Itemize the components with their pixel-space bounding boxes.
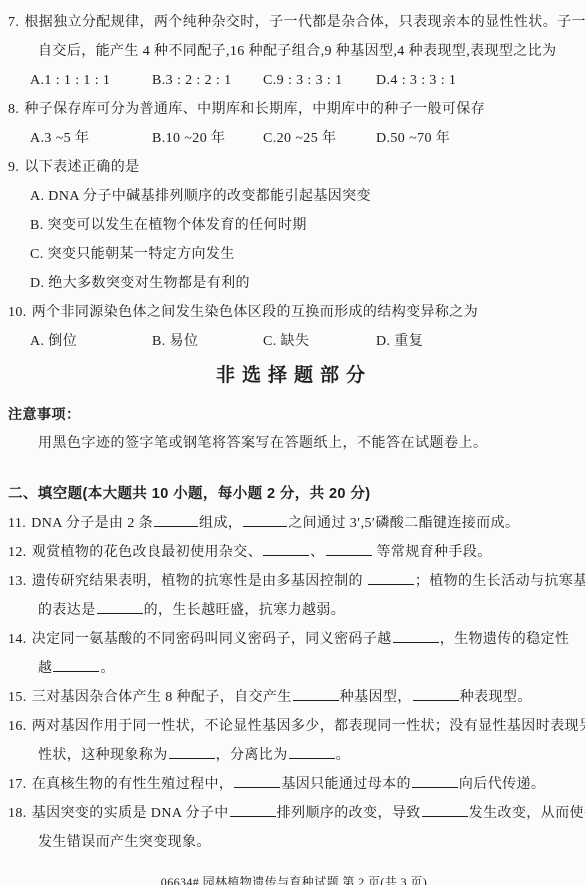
option: C.20 ~25 年	[263, 124, 376, 153]
question-text: 自交后，能产生 4 种不同配子,16 种配子组合,9 种基因型,4 种表现型,表…	[38, 44, 557, 59]
question-text: 。	[100, 661, 114, 676]
option: D. 重复	[376, 327, 580, 356]
question-text: 两对基因作用于同一性状，不论显性基因多少，都表现同一性状；没有显性基因时表现另一	[32, 719, 585, 734]
answer-blank	[234, 775, 280, 788]
question-text: 发生改变，从而使翻译	[469, 806, 585, 821]
question-line: 7.根据独立分配规律，两个纯种杂交时，子一代都是杂合体，只表现亲本的显性性状。子…	[8, 8, 580, 37]
option: A. 倒位	[30, 327, 152, 356]
question-text: 的表达是	[38, 603, 96, 618]
option: B.3 : 2 : 2 : 1	[152, 66, 263, 95]
question-line: 15.三对基因杂合体产生 8 种配子，自交产生种基因型，种表现型。	[8, 683, 580, 712]
question-15: 15.三对基因杂合体产生 8 种配子，自交产生种基因型，种表现型。	[8, 683, 580, 712]
question-text: 遗传研究结果表明，植物的抗寒性是由多基因控制的	[32, 574, 367, 589]
option: C. 突变只能朝某一特定方向发生	[8, 240, 580, 269]
question-line: 的表达是的，生长越旺盛，抗寒力越弱。	[8, 596, 580, 625]
question-text: 种表现型。	[460, 690, 532, 705]
question-text: 之间通过 3′,5′磷酸二酯键连接而成。	[288, 516, 519, 531]
question-number: 15.	[8, 690, 27, 705]
question-number: 12.	[8, 545, 27, 560]
option: B. 易位	[152, 327, 263, 356]
question-10: 10.两个非同源染色体之间发生染色体区段的互换而形成的结构变异称之为A. 倒位B…	[8, 298, 580, 356]
option: B.10 ~20 年	[152, 124, 263, 153]
question-text: 根据独立分配规律，两个纯种杂交时，子一代都是杂合体，只表现亲本的显性性状。子一代	[24, 15, 585, 30]
question-number: 14.	[8, 632, 27, 647]
notice-text: 用黑色字迹的签字笔或钢笔将答案写在答题纸上，不能答在试题卷上。	[8, 429, 580, 458]
question-line: 10.两个非同源染色体之间发生染色体区段的互换而形成的结构变异称之为	[8, 298, 580, 327]
answer-blank	[413, 688, 459, 701]
question-line: 17.在真核生物的有性生殖过程中，基因只能通过母本的向后代传递。	[8, 770, 580, 799]
question-text: 基因突变的实质是 DNA 分子中	[32, 806, 229, 821]
question-text: 种基因型，	[340, 690, 412, 705]
question-18: 18.基因突变的实质是 DNA 分子中排列顺序的改变，导致发生改变，从而使翻译发…	[8, 799, 580, 857]
exam-page: 7.根据独立分配规律，两个纯种杂交时，子一代都是杂合体，只表现亲本的显性性状。子…	[0, 0, 585, 885]
question-text: 以下表述正确的是	[24, 160, 139, 175]
answer-blank	[422, 804, 468, 817]
question-line: 13.遗传研究结果表明，植物的抗寒性是由多基因控制的 ；植物的生长活动与抗寒基因	[8, 567, 580, 596]
options-group: A.3 ~5 年B.10 ~20 年C.20 ~25 年D.50 ~70 年	[8, 124, 580, 153]
option: D.4 : 3 : 3 : 1	[376, 66, 580, 95]
question-text: 两个非同源染色体之间发生染色体区段的互换而形成的结构变异称之为	[32, 305, 478, 320]
question-line: 16.两对基因作用于同一性状，不论显性基因多少，都表现同一性状；没有显性基因时表…	[8, 712, 580, 741]
notice-label: 注意事项：	[8, 400, 580, 429]
answer-blank	[169, 746, 215, 759]
question-text: 、	[310, 545, 324, 560]
answer-blank	[97, 601, 143, 614]
question-text: 三对基因杂合体产生 8 种配子，自交产生	[32, 690, 292, 705]
answer-blank	[243, 514, 287, 527]
question-text: 组成，	[199, 516, 242, 531]
question-line: 11.DNA 分子是由 2 条组成，之间通过 3′,5′磷酸二酯键连接而成。	[8, 509, 580, 538]
question-number: 11.	[8, 516, 26, 531]
question-12: 12.观赏植物的花色改良最初使用杂交、、 等常规育种手段。	[8, 538, 580, 567]
question-text: 发生错误而产生突变现象。	[38, 835, 211, 850]
question-text: 观赏植物的花色改良最初使用杂交、	[32, 545, 262, 560]
question-14: 14.决定同一氨基酸的不同密码叫同义密码子，同义密码子越，生物遗传的稳定性越。	[8, 625, 580, 683]
question-text: 。	[336, 748, 350, 763]
question-13: 13.遗传研究结果表明，植物的抗寒性是由多基因控制的 ；植物的生长活动与抗寒基因…	[8, 567, 580, 625]
question-text: 基因只能通过母本的	[281, 777, 411, 792]
question-text: 向后代传递。	[459, 777, 545, 792]
answer-blank	[230, 804, 276, 817]
fill-questions: 11.DNA 分子是由 2 条组成，之间通过 3′,5′磷酸二酯键连接而成。12…	[8, 509, 580, 857]
question-17: 17.在真核生物的有性生殖过程中，基因只能通过母本的向后代传递。	[8, 770, 580, 799]
answer-blank	[326, 543, 372, 556]
question-text: 等常规育种手段。	[373, 545, 492, 560]
question-text: ；植物的生长活动与抗寒基因	[415, 574, 585, 589]
answer-blank	[412, 775, 458, 788]
answer-blank	[154, 514, 198, 527]
question-line: 18.基因突变的实质是 DNA 分子中排列顺序的改变，导致发生改变，从而使翻译	[8, 799, 580, 828]
question-line: 14.决定同一氨基酸的不同密码叫同义密码子，同义密码子越，生物遗传的稳定性	[8, 625, 580, 654]
option: C. 缺失	[263, 327, 376, 356]
question-line: 12.观赏植物的花色改良最初使用杂交、、 等常规育种手段。	[8, 538, 580, 567]
answer-blank	[289, 746, 335, 759]
question-7: 7.根据独立分配规律，两个纯种杂交时，子一代都是杂合体，只表现亲本的显性性状。子…	[8, 8, 580, 95]
question-number: 8.	[8, 102, 19, 117]
question-line: 8.种子保存库可分为普通库、中期库和长期库，中期库中的种子一般可保存	[8, 95, 580, 124]
question-number: 18.	[8, 806, 27, 821]
answer-blank	[293, 688, 339, 701]
option: C.9 : 3 : 3 : 1	[263, 66, 376, 95]
answer-blank	[53, 659, 99, 672]
options-group: A. DNA 分子中碱基排列顺序的改变都能引起基因突变B. 突变可以发生在植物个…	[8, 182, 580, 298]
option: A.1 : 1 : 1 : 1	[30, 66, 152, 95]
question-number: 16.	[8, 719, 27, 734]
option: B. 突变可以发生在植物个体发育的任何时期	[8, 211, 580, 240]
options-group: A. 倒位B. 易位C. 缺失D. 重复	[8, 327, 580, 356]
fill-section-header: 二、填空题(本大题共 10 小题，每小题 2 分，共 20 分)	[8, 480, 580, 509]
option: A.3 ~5 年	[30, 124, 152, 153]
question-number: 9.	[8, 160, 19, 175]
option: D.50 ~70 年	[376, 124, 580, 153]
question-16: 16.两对基因作用于同一性状，不论显性基因多少，都表现同一性状；没有显性基因时表…	[8, 712, 580, 770]
question-text: 排列顺序的改变，导致	[277, 806, 421, 821]
page-footer: 06634# 园林植物遗传与育种试题 第 2 页(共 3 页)	[8, 873, 580, 885]
question-text: ，生物遗传的稳定性	[440, 632, 570, 647]
answer-blank	[393, 630, 439, 643]
question-line: 自交后，能产生 4 种不同配子,16 种配子组合,9 种基因型,4 种表现型,表…	[8, 37, 580, 66]
question-number: 10.	[8, 305, 27, 320]
option: A. DNA 分子中碱基排列顺序的改变都能引起基因突变	[8, 182, 580, 211]
question-number: 7.	[8, 15, 19, 30]
question-text: 在真核生物的有性生殖过程中，	[32, 777, 234, 792]
question-text: 的，生长越旺盛，抗寒力越弱。	[144, 603, 346, 618]
option: D. 绝大多数突变对生物都是有利的	[8, 269, 580, 298]
section-title: 非选择题部分	[8, 363, 580, 389]
question-line: 性状，这种现象称为，分离比为。	[8, 741, 580, 770]
question-8: 8.种子保存库可分为普通库、中期库和长期库，中期库中的种子一般可保存A.3 ~5…	[8, 95, 580, 153]
answer-blank	[263, 543, 309, 556]
question-number: 13.	[8, 574, 27, 589]
question-text: 决定同一氨基酸的不同密码叫同义密码子，同义密码子越	[32, 632, 392, 647]
question-line: 越。	[8, 654, 580, 683]
question-line: 9.以下表述正确的是	[8, 153, 580, 182]
question-text: DNA 分子是由 2 条	[31, 516, 153, 531]
choice-questions: 7.根据独立分配规律，两个纯种杂交时，子一代都是杂合体，只表现亲本的显性性状。子…	[8, 8, 580, 356]
question-text: 性状，这种现象称为	[38, 748, 168, 763]
question-line: 发生错误而产生突变现象。	[8, 828, 580, 857]
question-11: 11.DNA 分子是由 2 条组成，之间通过 3′,5′磷酸二酯键连接而成。	[8, 509, 580, 538]
answer-blank	[368, 572, 414, 585]
options-group: A.1 : 1 : 1 : 1B.3 : 2 : 2 : 1C.9 : 3 : …	[8, 66, 580, 95]
question-number: 17.	[8, 777, 27, 792]
question-text: 种子保存库可分为普通库、中期库和长期库，中期库中的种子一般可保存	[24, 102, 485, 117]
question-text: 越	[38, 661, 52, 676]
question-text: ，分离比为	[216, 748, 288, 763]
question-9: 9.以下表述正确的是A. DNA 分子中碱基排列顺序的改变都能引起基因突变B. …	[8, 153, 580, 298]
